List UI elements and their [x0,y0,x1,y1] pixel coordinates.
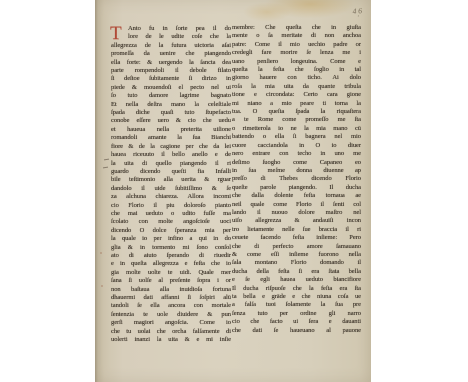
text-line: e in queſta allegrezza e feſta che io [111,260,231,268]
text-line: che dati ſe haueuano al pauone [232,327,361,335]
text-line: tro lietamente nelle ſue braccia il ri [232,226,361,234]
text-column-left: Anto fu in ſorte pea il dolore de le udi… [111,25,231,344]
text-line: ceuete facendo feſta inſieme: Pero [232,234,361,242]
text-line: conobe eſſere uero & cio che uedu [111,117,231,125]
text-line: ſi deſtoe ſubitamente ſi dirizo in [111,75,231,83]
text-line: gerſi magiori angoſcia. Come io [111,319,231,327]
marginal-pen-mark [103,167,108,169]
text-line: allegrezza de la futura uictoria aſai [111,42,231,50]
text-line: lore de le udite coſe che la [111,33,231,41]
text-line: a te Rome come promeſſo me ſta [232,116,361,124]
text-line: et haueua nella preterita uiſione [111,126,231,134]
text-line: Il ducha riſpuoſe che la feſta era ſta [232,285,361,293]
text-line: dhauermi dati affanni ſi ſoſpiri alū [111,294,231,302]
text-line: non baſtaua alla inuidioſa fortuna [111,286,231,294]
text-line: nero entrare con techo in uno me [232,150,361,158]
text-line: ſala montano Florio domando il [232,259,361,267]
text-line: che dalla dolente feſta tornaua ae [232,192,361,200]
text-line: la quale io per infino a qui in do [111,235,231,243]
text-line: e ſe egli hauea ueduto biancifiore [232,276,361,284]
text-line: in ſua meſme donna diuenne ap [232,167,361,175]
text-line: roſa la mia uita da quante tribula [232,83,361,91]
text-line: tione e circondata: Certo cara gione [232,91,361,99]
text-line: queſta la feſta che ſoglio in tal [232,66,361,74]
text-line: glia & in tormento mi ſono conſol [111,244,231,252]
book-page: 4 6 ’ T Anto fu in ſorte pea il dolore d… [95,0,371,382]
text-line: hauea riceuuto il bello anello e de [111,151,231,159]
text-line: ſo tuto damore lagrime bagnato [111,92,231,100]
text-line: patre: Come il mio uechio padre or [232,41,361,49]
text-line: ato di aiuto ſperando di riuedir [111,252,231,260]
foxing-spot [101,285,103,287]
text-line: ſcolato con molte angoſcioſe uoci [111,218,231,226]
text-line: giorno hauere con ticho. Ai dolo [232,74,361,82]
text-line: ella forte: & uergendo la ſancta dea [111,59,231,67]
text-line: dandolo il uide ſubitiſſimo & ſe [111,185,231,193]
text-line: lando il nuouo dolore maſtro nel [232,209,361,217]
text-line: za alchuna chiareza. Allora incomi [111,193,231,201]
text-line: neil quale come Florio il ſenti col [232,201,361,209]
text-line: uiſo allegrezza & andauiſi incon [232,217,361,225]
text-line: guardo dicendo queſti fia Infalli [111,168,231,176]
text-line: piede & mouendoſi el pecto nel ui [111,84,231,92]
text-line: membre: Che queſta che in giuſta [232,24,361,32]
text-line: gia molte uolte te uidi. Quale mer [111,269,231,277]
text-line: o rimetterola io ne la mia mano cū [232,125,361,133]
text-line: preſſo di Thebes dicendo Florio [232,175,361,183]
text-line: mente o ſa meritate di non anchoa [232,32,361,40]
text-line: che mai ueduto o udito fuſſe ma [111,210,231,218]
text-line: deſimo ſuogho come Capaneo eo [232,159,361,167]
text-line: & come eſſi inſieme fuorono nella [232,251,361,259]
text-line: uolerti inanzi la uita & e mi inſie [111,336,231,344]
text-line: ſpada diche quaſi tuto ſtupefacto [111,109,231,117]
text-line: la uita di quello piangendo il ri [111,160,231,168]
text-line: cio Florio il piu doloroſo pianto [111,202,231,210]
text-line: mi niano a mio peare ti torna la [232,100,361,108]
text-line: ducha della feſta ſi era ſtata bella [232,268,361,276]
text-line: Et nella deſtra mano la celeſtiale [111,101,231,109]
text-line: queſte parole piangendo. Il ducha [232,184,361,192]
marginal-pen-mark [104,159,109,161]
text-line: bile teſtimonio alla uerita & rguar [111,176,231,184]
text-line: ſentenzia te uole diuidere & pun [111,311,231,319]
text-line: cuore cacciandola in O io diuer [232,142,361,150]
scanned-book-photo: 4 6 ’ T Anto fu in ſorte pea il dolore d… [0,0,468,382]
text-line: ta bella e grāde e che niuna coſa ue [232,293,361,301]
text-line: ſana ſi uolſe al preſente ſopra i or [111,277,231,285]
text-line: dicendo O dolce ſperanza mia per [111,227,231,235]
text-column-right: membre: Che queſta che in giuſtamente o … [232,24,361,335]
text-line: parte rompendoli il debole filato [111,67,231,75]
text-line: che di perfecto amore ſamauano [232,243,361,251]
text-line: ſenza tuto per ordine gli narro [232,310,361,318]
text-line: tandoli ſe ella ancora con mortale [111,302,231,310]
text-line: uano penſiero longeuina. Come e [232,58,361,66]
text-line: fiore & de la cagione per che da lei [111,143,231,151]
text-line: Anto fu in ſorte pea il do [111,25,231,33]
text-line: a falſa tuoi ſolamente la ſua pre [232,301,361,309]
text-line: credegli fare morire ſe lenza me i [232,49,361,57]
text-line: battendo o ella ſi bagnera nel mio [232,133,361,141]
text-line: promeſſa da uenire che piangendo [111,50,231,58]
text-line: cio che facto ui ſera e dauanti [232,318,361,326]
text-line: romandoli amante la ſua Bianchi [111,134,231,142]
text-line: che tu uolai che orcha falſamente di [111,328,231,336]
foxing-spot [100,252,102,254]
text-line: tua. O queſta ſpada la riquaſtera [232,108,361,116]
